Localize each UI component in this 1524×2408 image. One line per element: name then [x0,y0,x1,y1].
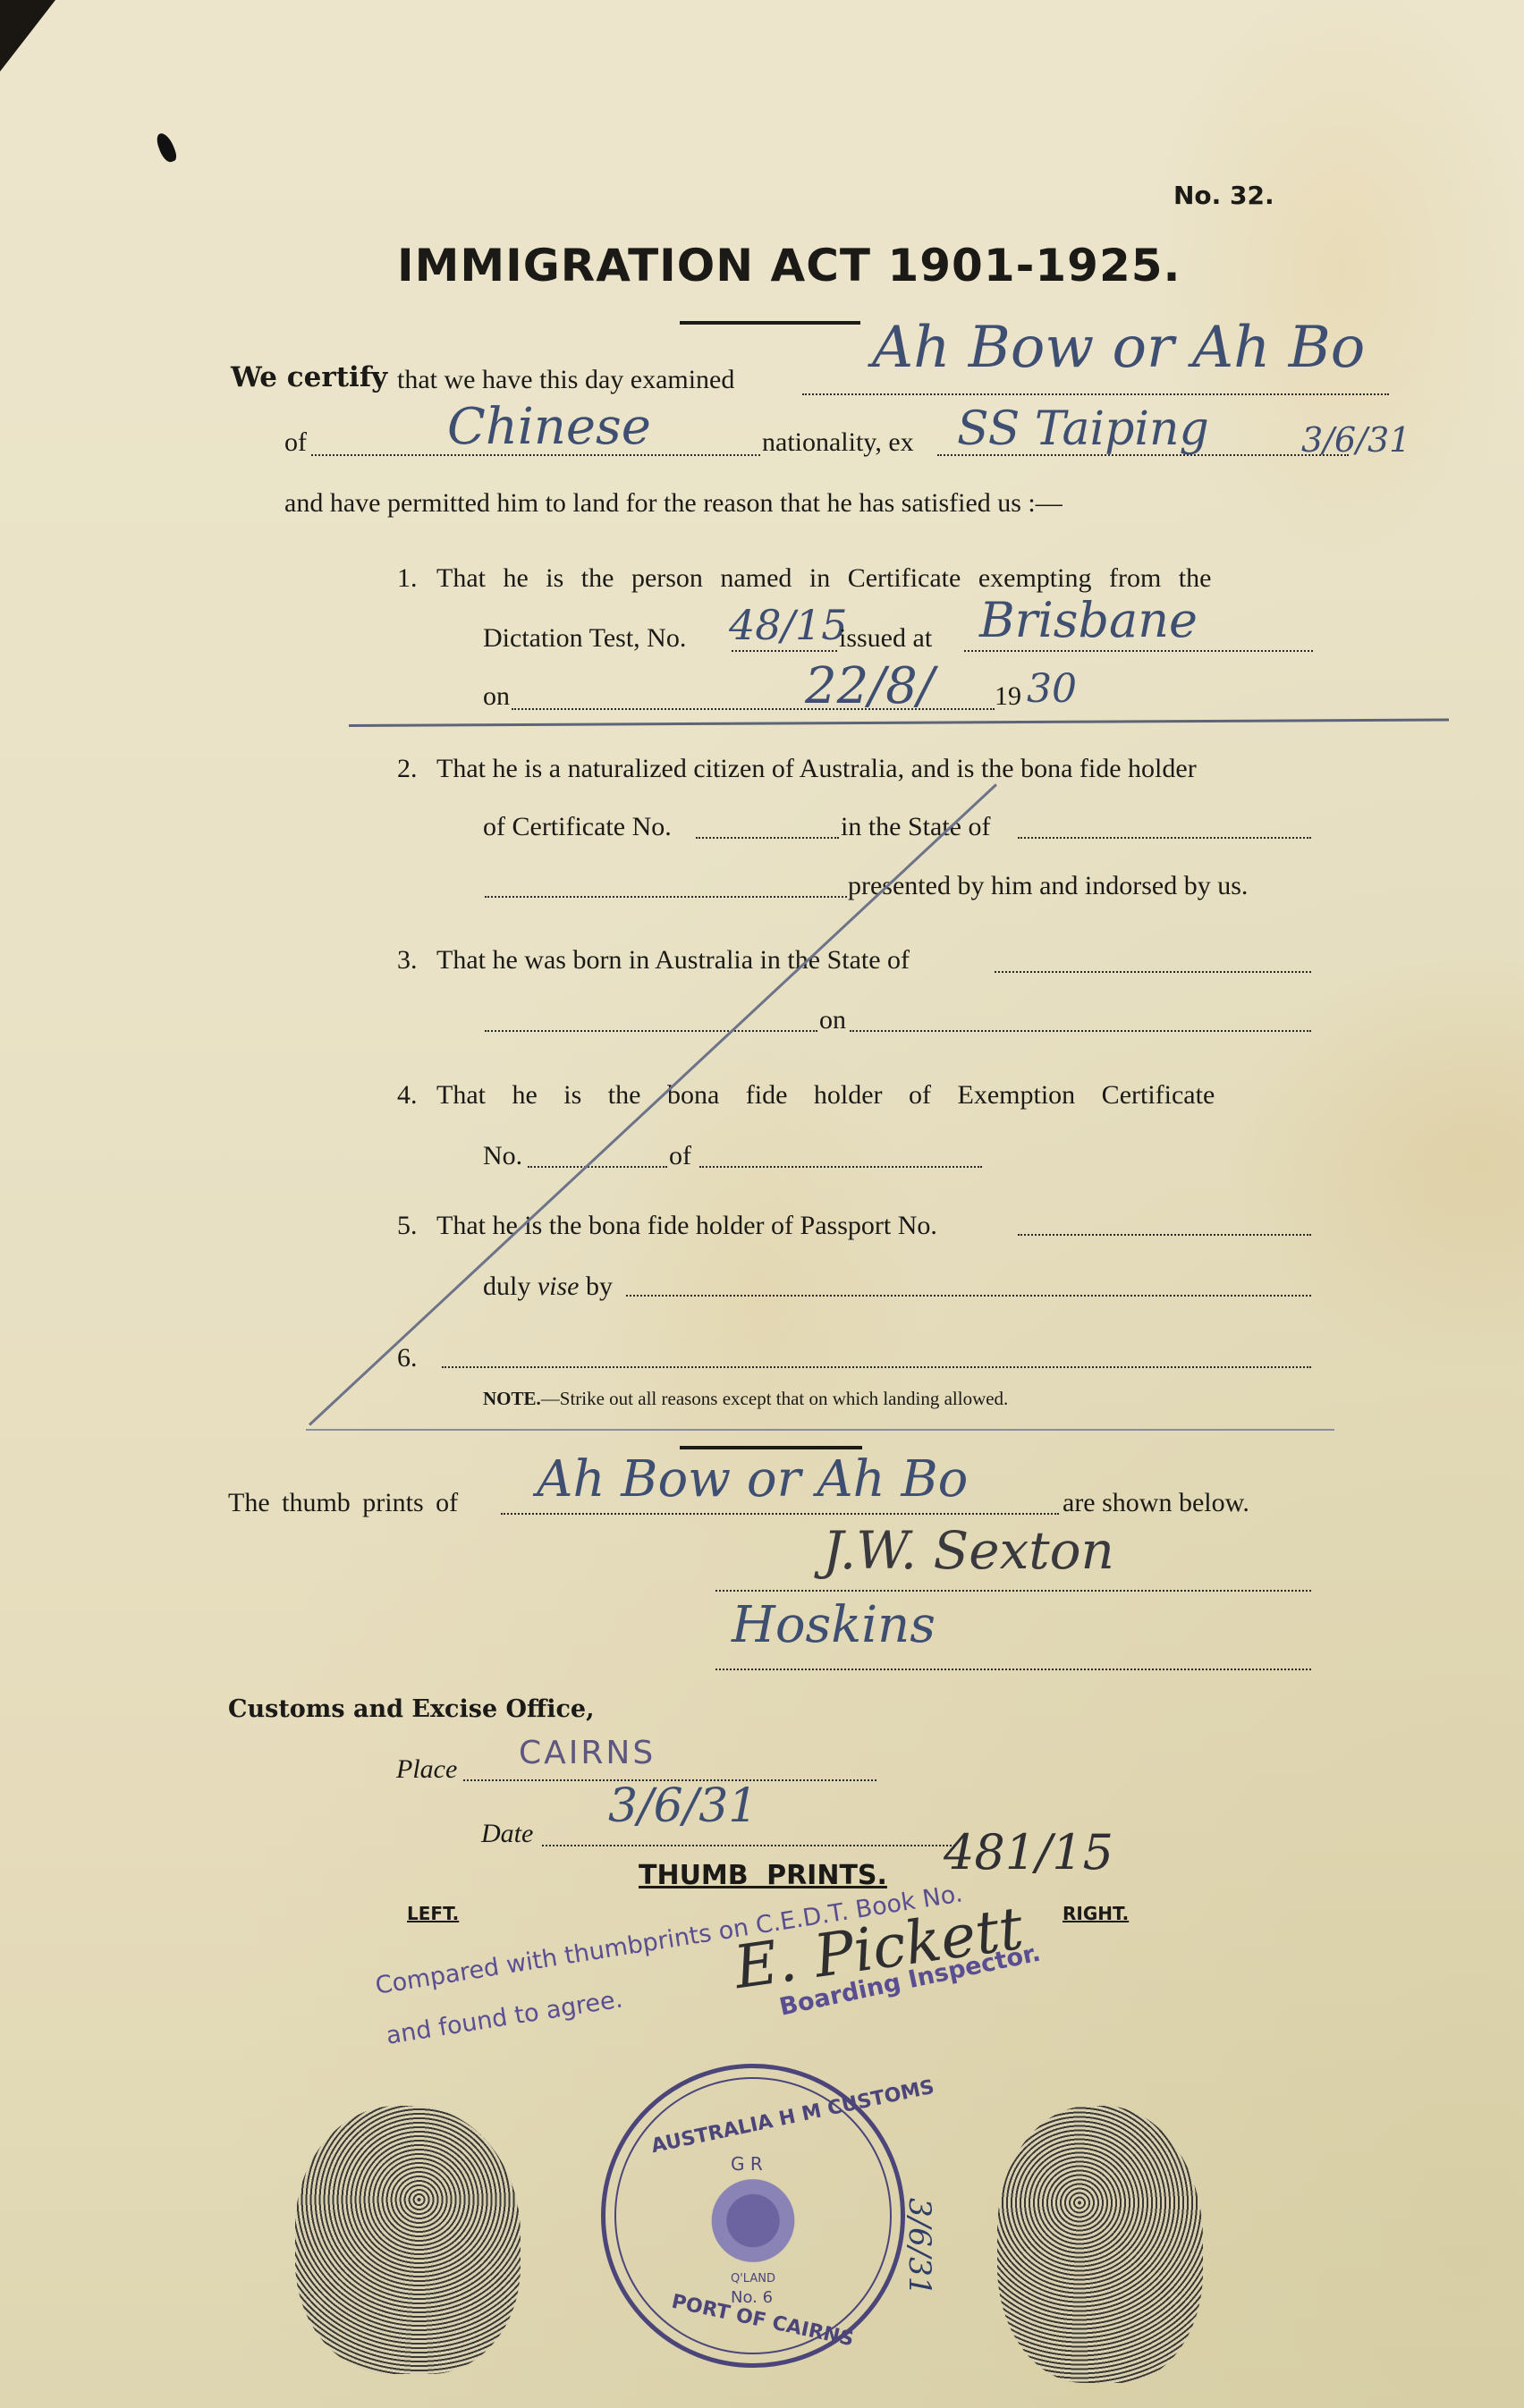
thumb-divider [680,1446,862,1449]
reason-5-vise: vise [538,1272,580,1301]
reason-6-number: 6. [397,1343,418,1373]
reason-4-no: No. [483,1141,522,1171]
birth-date-field[interactable] [850,1030,1311,1032]
thumb-prints-lead: The thumb prints of [228,1488,458,1518]
reason-5-number: 5. [397,1211,418,1241]
thumb-prints-name-field[interactable] [501,1513,1059,1515]
reason-1-century: 19 [995,681,1021,712]
naturalization-state-field[interactable] [1018,837,1311,839]
bottom-separator-line [306,1429,1334,1431]
year-suffix-handwritten: 30 [1027,666,1077,712]
customs-seal: AUSTRALIA H M CUSTOMS G R Q'LAND No. 6 P… [601,2064,905,2368]
birth-state-field[interactable] [995,971,1311,973]
issued-at-field[interactable] [964,650,1313,652]
note: NOTE.—Strike out all reasons except that… [483,1388,1008,1410]
note-label: NOTE. [483,1388,541,1409]
ship-handwritten: SS Taiping [957,402,1209,456]
issued-on-handwritten: 22/8/ [805,657,935,715]
reason-1-line2a: Dictation Test, No. [483,623,686,654]
reason-1-issued-at: issued at [839,623,932,654]
right-thumb-label: RIGHT. [1063,1903,1129,1924]
vise-by-field[interactable] [626,1295,1311,1297]
royal-coat-of-arms-icon [695,2174,811,2268]
birth-place-field[interactable] [485,1030,817,1032]
place-label: Place [396,1754,457,1785]
reason-4-number: 4. [397,1080,418,1111]
cert-no-handwritten: 48/15 [729,601,848,649]
seal-qland: Q'LAND [731,2272,775,2285]
reason-4-of: of [669,1141,691,1171]
reason-3-on: on [819,1005,846,1035]
date-handwritten: 3/6/31 [608,1779,758,1833]
book-ref-handwritten: 481/15 [944,1824,1113,1880]
naturalization-cert-no-field[interactable] [696,837,839,839]
reason-2-line2a: of Certificate No. [483,812,672,842]
passport-no-field[interactable] [1018,1234,1311,1236]
thumb-prints-heading: THUMB PRINTS. [639,1860,887,1891]
reason-4-line1: That he is the bona fide holder of Exemp… [436,1080,1215,1111]
office-heading: Customs and Excise Office, [228,1695,594,1723]
reason-2-number: 2. [397,754,418,784]
date-field[interactable] [542,1845,955,1846]
arrival-date-handwritten: 3/6/31 [1301,420,1410,460]
form-number: No. 32. [1173,181,1274,210]
of-label: of [284,427,307,458]
note-text: —Strike out all reasons except that on w… [541,1388,1009,1409]
dictation-cert-no-field[interactable] [732,650,837,652]
form-title: IMMIGRATION ACT 1901-1925. [397,240,1181,291]
permitted-text: and have permitted him to land for the r… [284,488,1063,519]
reason-3-line1: That he was born in Australia in the Sta… [436,945,910,976]
officer-signature-2: Hoskins [732,1596,936,1654]
reason-6-field[interactable] [442,1366,1311,1368]
reason-5-duly-text: duly [483,1272,530,1301]
certify-lead: We certify [231,361,387,393]
officer-signature-1-line [715,1590,1311,1592]
examined-name-field[interactable] [802,393,1389,395]
right-thumbprint [997,2106,1203,2383]
officer-signature-1: J.W. Sexton [823,1520,1114,1581]
reason-5-by: by [586,1272,613,1301]
nationality-label: nationality, ex [762,427,914,458]
thumb-prints-trail: are shown below. [1063,1488,1249,1518]
nationality-handwritten: Chinese [447,398,651,456]
reason-3-number: 3. [397,945,418,976]
certify-text: that we have this day examined [397,365,734,395]
reason-2-line3: presented by him and indorsed by us. [848,871,1248,901]
issued-at-handwritten: Brisbane [979,592,1198,648]
seal-cipher: G R [731,2153,763,2175]
reason-5-duly: duly vise by [483,1272,613,1302]
exemption-cert-no-field[interactable] [528,1166,667,1168]
officer-signature-2-line [715,1669,1311,1670]
place-stamp: CAIRNS [519,1735,656,1771]
exemption-of-field[interactable] [699,1166,982,1168]
reason-2-line1: That he is a naturalized citizen of Aust… [436,754,1197,784]
reason-2-line2b: in the State of [841,812,990,842]
reason-1-on: on [483,681,510,712]
reason-1-line1: That he is the person named in Certifica… [436,563,1211,594]
naturalization-extra-field[interactable] [485,896,847,898]
left-thumb-label: LEFT. [407,1903,459,1924]
reason-1-number: 1. [397,563,418,594]
examined-name-handwritten: Ah Bow or Ah Bo [872,315,1365,381]
title-divider [680,321,860,325]
left-thumbprint [295,2106,521,2374]
date-label: Date [481,1819,533,1849]
seal-handwritten-date: 3/6/31 [902,2198,937,2295]
thumb-prints-name-handwritten: Ah Bow or Ah Bo [537,1450,968,1508]
